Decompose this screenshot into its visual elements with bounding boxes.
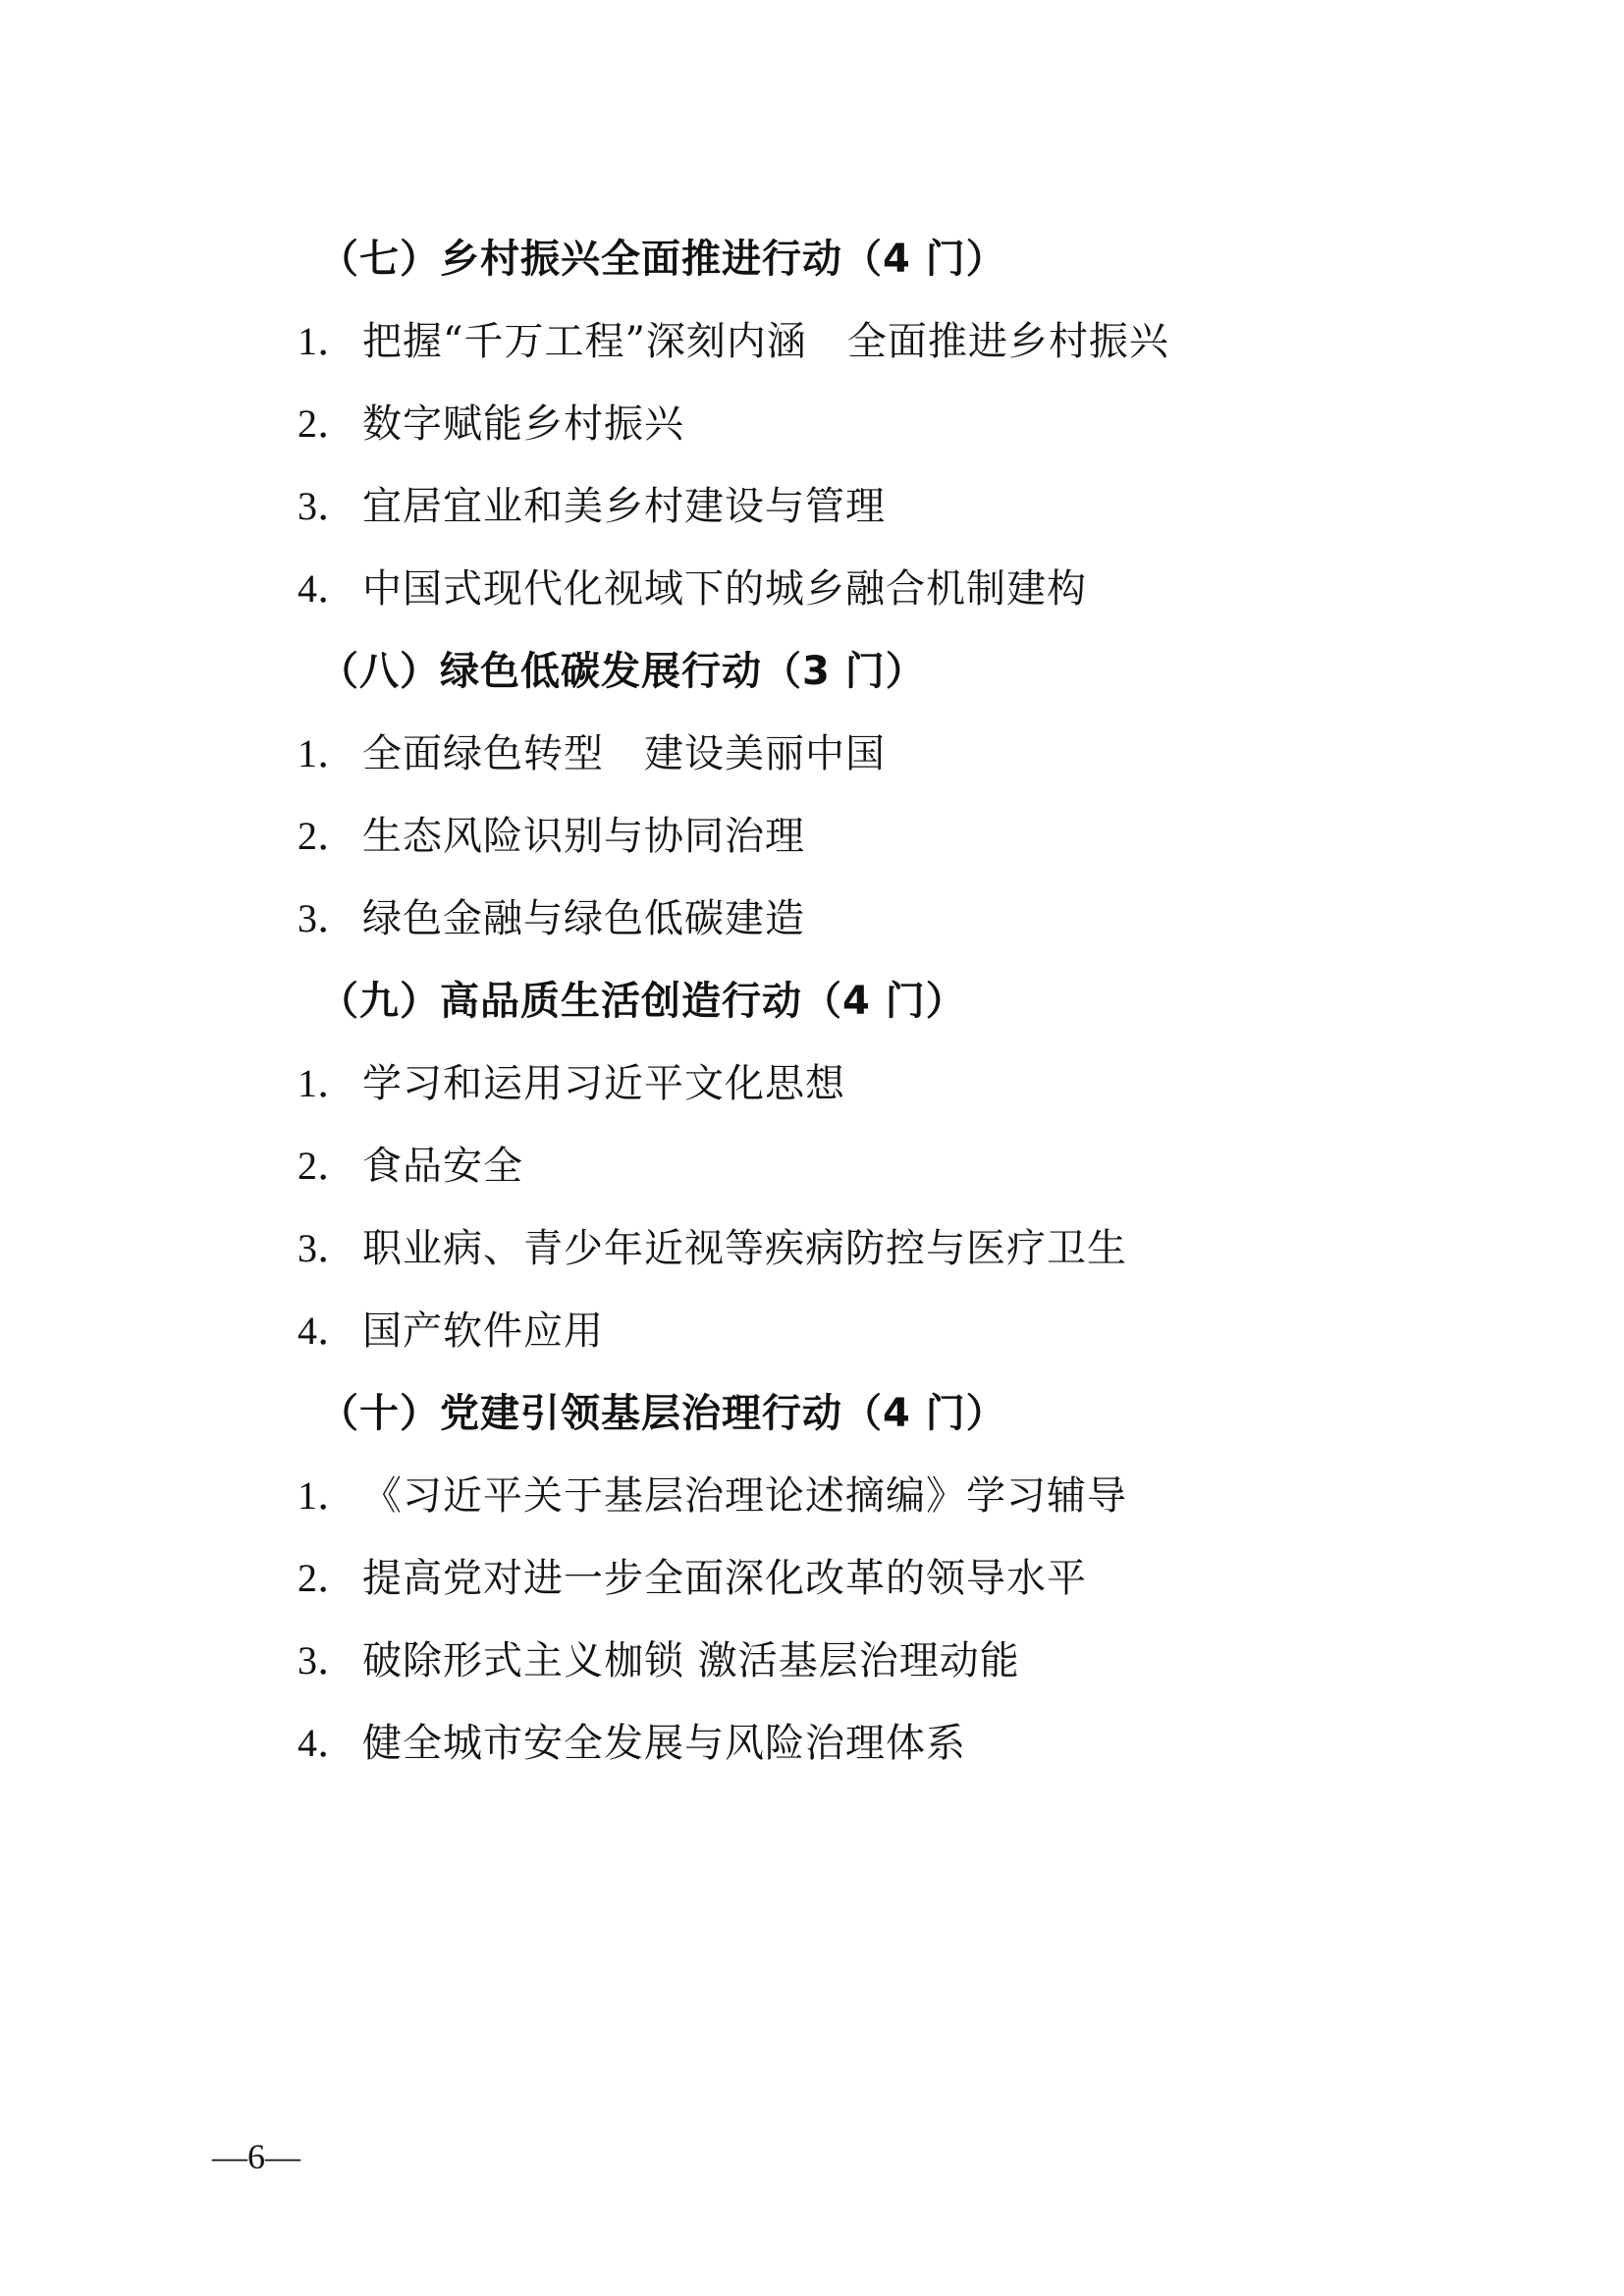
list-item: 1．学习和运用习近平文化思想 bbox=[298, 1042, 1378, 1125]
item-number: 1． bbox=[298, 713, 362, 795]
list-item: 3．宜居宜业和美乡村建设与管理 bbox=[298, 465, 1378, 548]
list-item: 1．全面绿色转型 建设美丽中国 bbox=[298, 713, 1378, 795]
item-text: 学习和运用习近平文化思想 bbox=[362, 1061, 845, 1106]
item-number: 1． bbox=[298, 1455, 362, 1537]
item-number: 4． bbox=[298, 1290, 362, 1372]
item-number: 1． bbox=[298, 300, 362, 383]
item-text: 提高党对进一步全面深化改革的领导水平 bbox=[362, 1556, 1087, 1601]
section-heading: （七）乡村振兴全面推进行动（4 门） bbox=[298, 218, 1378, 300]
page-number: —6— bbox=[212, 2136, 300, 2177]
item-number: 3． bbox=[298, 1207, 362, 1290]
item-text: 健全城市安全发展与风险治理体系 bbox=[362, 1721, 966, 1766]
item-text: 国产软件应用 bbox=[362, 1308, 604, 1354]
list-item: 2．数字赋能乡村振兴 bbox=[298, 383, 1378, 465]
document-page: （七）乡村振兴全面推进行动（4 门） 1．把握“千万工程”深刻内涵 全面推进乡村… bbox=[0, 0, 1624, 2296]
item-text: 绿色金融与绿色低碳建造 bbox=[362, 896, 805, 941]
item-text: 数字赋能乡村振兴 bbox=[362, 401, 684, 447]
section-heading: （八）绿色低碳发展行动（3 门） bbox=[298, 630, 1378, 713]
item-number: 3． bbox=[298, 878, 362, 960]
list-item: 4．健全城市安全发展与风险治理体系 bbox=[298, 1702, 1378, 1785]
item-text: 把握“千万工程”深刻内涵 全面推进乡村振兴 bbox=[362, 319, 1169, 364]
list-item: 1．《习近平关于基层治理论述摘编》学习辅导 bbox=[298, 1455, 1378, 1537]
item-text: 宜居宜业和美乡村建设与管理 bbox=[362, 484, 886, 529]
item-number: 4． bbox=[298, 548, 362, 630]
list-item: 4．中国式现代化视域下的城乡融合机制建构 bbox=[298, 548, 1378, 630]
course-list: （七）乡村振兴全面推进行动（4 门） 1．把握“千万工程”深刻内涵 全面推进乡村… bbox=[298, 218, 1378, 1785]
item-text: 全面绿色转型 建设美丽中国 bbox=[362, 731, 886, 776]
item-text: 生态风险识别与协同治理 bbox=[362, 814, 805, 859]
item-number: 4． bbox=[298, 1702, 362, 1785]
list-item: 2．提高党对进一步全面深化改革的领导水平 bbox=[298, 1537, 1378, 1620]
item-text: 破除形式主义枷锁 激活基层治理动能 bbox=[362, 1638, 1020, 1683]
item-number: 2． bbox=[298, 1125, 362, 1207]
list-item: 4．国产软件应用 bbox=[298, 1290, 1378, 1372]
item-number: 2． bbox=[298, 1537, 362, 1620]
list-item: 3．破除形式主义枷锁 激活基层治理动能 bbox=[298, 1620, 1378, 1702]
item-text: 《习近平关于基层治理论述摘编》学习辅导 bbox=[362, 1473, 1127, 1519]
list-item: 3．绿色金融与绿色低碳建造 bbox=[298, 878, 1378, 960]
item-number: 1． bbox=[298, 1042, 362, 1125]
item-number: 2． bbox=[298, 795, 362, 878]
list-item: 1．把握“千万工程”深刻内涵 全面推进乡村振兴 bbox=[298, 300, 1378, 383]
list-item: 2．食品安全 bbox=[298, 1125, 1378, 1207]
item-text: 中国式现代化视域下的城乡融合机制建构 bbox=[362, 566, 1087, 612]
list-item: 3．职业病、青少年近视等疾病防控与医疗卫生 bbox=[298, 1207, 1378, 1290]
list-item: 2．生态风险识别与协同治理 bbox=[298, 795, 1378, 878]
item-number: 2． bbox=[298, 383, 362, 465]
item-text: 食品安全 bbox=[362, 1144, 523, 1189]
item-number: 3． bbox=[298, 1620, 362, 1702]
section-heading: （九）高品质生活创造行动（4 门） bbox=[298, 960, 1378, 1042]
section-heading: （十）党建引领基层治理行动（4 门） bbox=[298, 1372, 1378, 1455]
item-number: 3． bbox=[298, 465, 362, 548]
item-text: 职业病、青少年近视等疾病防控与医疗卫生 bbox=[362, 1226, 1127, 1271]
